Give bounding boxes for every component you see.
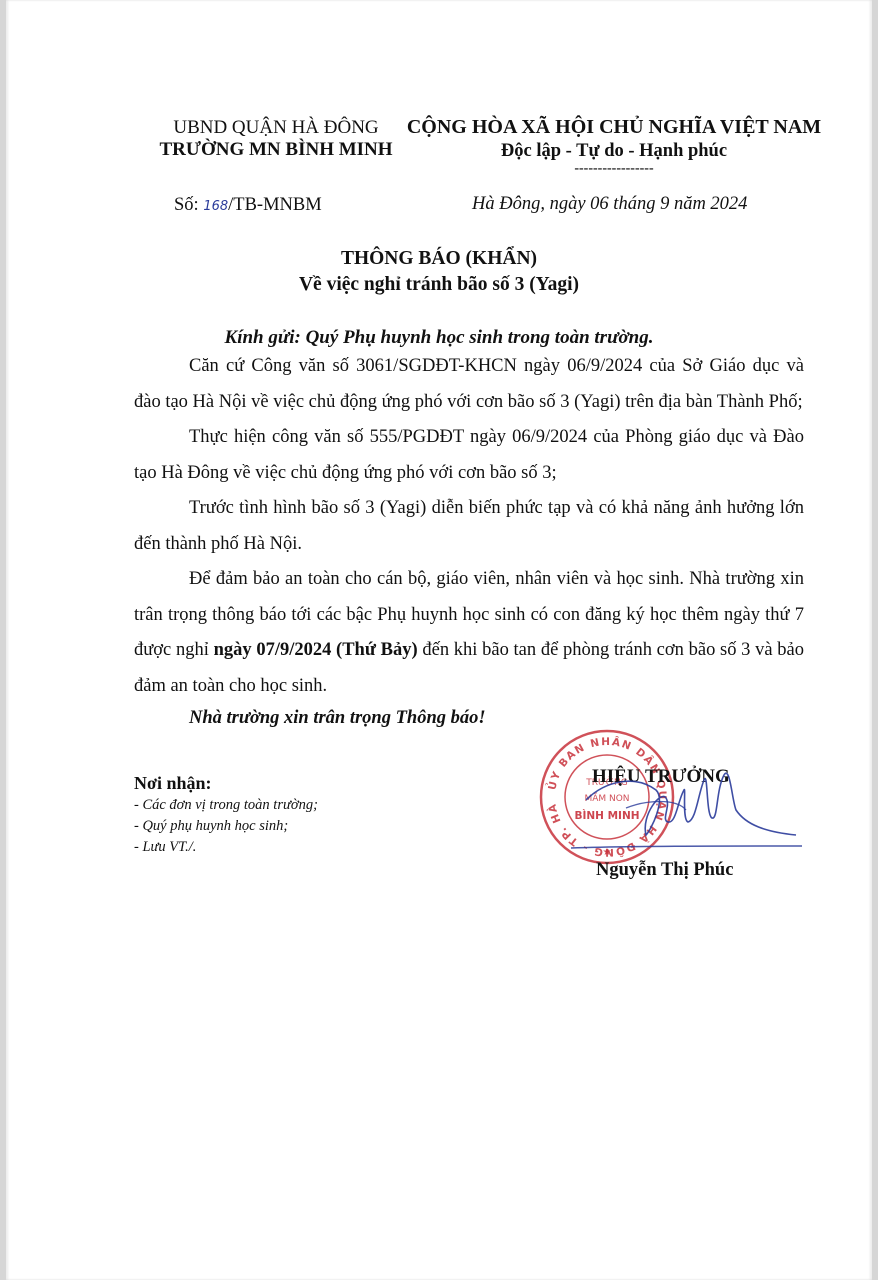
salutation: Kính gửi: Quý Phụ huynh học sinh trong t… [6,327,872,349]
notice-date-highlight: ngày 07/9/2024 (Thứ Bảy) [214,640,418,660]
document-title: THÔNG BÁO (KHẨN) Về việc nghỉ tránh bão … [6,246,872,298]
issuing-authority: UBND QUẬN HÀ ĐÔNG TRƯỜNG MN BÌNH MINH [153,117,399,161]
doc-number-suffix: /TB-MNBM [228,195,322,215]
country-name: CỘNG HÒA XÃ HỘI CHỦ NGHĨA VIỆT NAM [406,115,822,139]
recipients-heading: Nơi nhận: [134,771,318,795]
recipient-item: - Các đơn vị trong toàn trường; [134,795,318,816]
paragraph-legal-basis-2: Thực hiện công văn số 555/PGDĐT ngày 06/… [134,420,804,491]
title-main: THÔNG BÁO (KHẨN) [6,246,872,272]
national-header: CỘNG HÒA XÃ HỘI CHỦ NGHĨA VIỆT NAM Độc l… [406,115,822,175]
doc-number-handwritten: 168 [203,199,228,214]
paragraph-notice: Để đảm bảo an toàn cho cán bộ, giáo viên… [134,562,804,704]
paragraph-situation: Trước tình hình bão số 3 (Yagi) diễn biế… [134,491,804,562]
title-subject: Về việc nghỉ tránh bão số 3 (Yagi) [6,272,872,298]
recipient-item: - Quý phụ huynh học sinh; [134,816,318,837]
closing-line: Nhà trường xin trân trọng Thông báo! [189,708,486,729]
body-text: Căn cứ Công văn số 3061/SGDĐT-KHCN ngày … [134,349,804,704]
recipients-block: Nơi nhận: - Các đơn vị trong toàn trường… [134,771,318,858]
handwritten-signature-icon [566,760,806,850]
paragraph-legal-basis-1: Căn cứ Công văn số 3061/SGDĐT-KHCN ngày … [134,349,804,420]
date-line: Hà Đông, ngày 06 tháng 9 năm 2024 [472,194,747,215]
district-committee: UBND QUẬN HÀ ĐÔNG [153,117,399,139]
recipient-item: - Lưu VT./. [134,837,318,858]
doc-number-prefix: Số: [174,195,203,215]
signer-name: Nguyễn Thị Phúc [596,860,733,881]
national-motto: Độc lập - Tự do - Hạnh phúc [406,139,822,163]
school-name: TRƯỜNG MN BÌNH MINH [153,139,399,161]
header-divider: ----------------- [406,163,822,175]
document-page: UBND QUẬN HÀ ĐÔNG TRƯỜNG MN BÌNH MINH CỘ… [6,0,872,1280]
document-number: Số: 168/TB-MNBM [174,195,322,216]
